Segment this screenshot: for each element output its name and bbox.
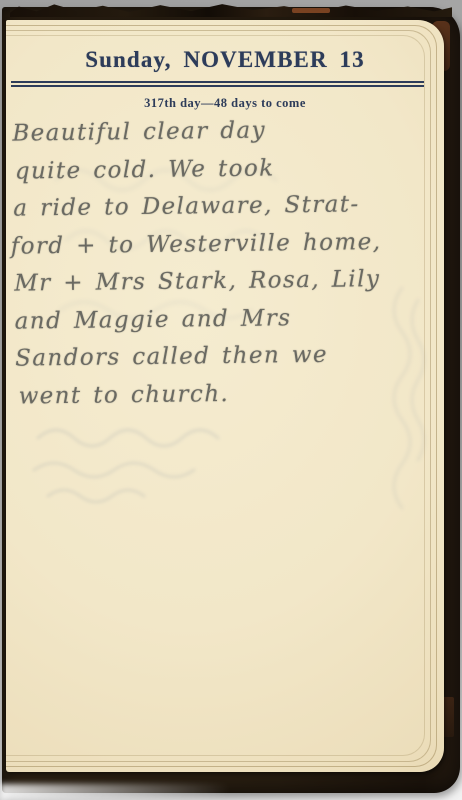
cover-wear-spot [292,8,330,13]
diary-page: Sunday, NOVEMBER 13 317th day—48 days to… [6,20,444,772]
entry-line: Beautiful clear day [12,110,436,153]
page-header: Sunday, NOVEMBER 13 317th day—48 days to… [6,20,444,111]
entry-line: Mr + Mrs Stark, Rosa, Lily [14,260,438,303]
scanner-glow [0,784,230,800]
cover-worn-edge [10,3,452,17]
ink-bleedthrough [30,412,250,512]
entry-line: went to church. [18,373,439,416]
day-count: 317th day—48 days to come [6,96,444,111]
date-title: Sunday, NOVEMBER 13 [6,47,444,73]
entry-line: Sandors called then we [15,335,439,378]
entry-line: ford + to Westerville home, [11,223,438,266]
diary-scan: Sunday, NOVEMBER 13 317th day—48 days to… [0,0,462,800]
entry-line: and Maggie and Mrs [14,298,438,341]
header-divider [11,81,424,87]
diary-entry: Beautiful clear day quite cold. We took … [12,110,440,415]
entry-line: a ride to Delaware, Strat- [13,185,437,228]
entry-line: quite cold. We took [15,148,437,191]
